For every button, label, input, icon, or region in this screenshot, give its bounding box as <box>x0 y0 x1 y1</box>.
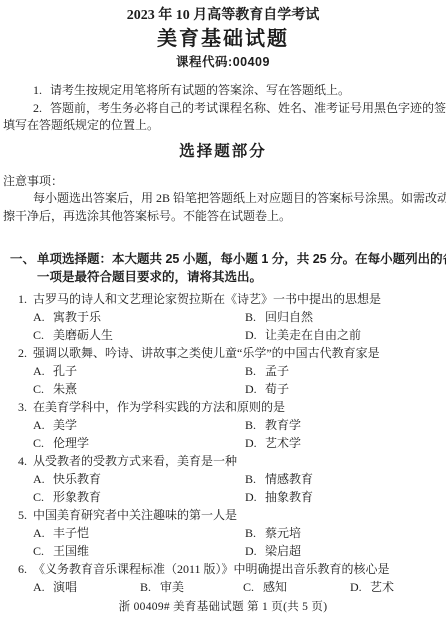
option-a: A.丰子恺 <box>33 524 245 542</box>
option-row: A.快乐教育 B.情感教育 <box>0 470 446 488</box>
option-text: 回归自然 <box>265 310 313 324</box>
option-text: 孔子 <box>53 364 77 378</box>
option-label: B. <box>245 524 265 542</box>
option-b: B.教育学 <box>245 416 446 434</box>
question-number: 2. <box>18 344 27 362</box>
instruction-number: 2. <box>33 100 42 118</box>
question-stem: 1. 古罗马的诗人和文艺理论家贺拉斯在《诗艺》一书中提出的思想是 <box>0 290 446 308</box>
option-text: 孟子 <box>265 364 289 378</box>
option-row: A.演唱 B.审美 C.感知 D.艺术 <box>0 578 446 596</box>
notice-text: 每小题选出答案后，用 2B 铅笔把答题纸上对应题目的答案标号涂黑。如需改动，用橡… <box>0 190 446 208</box>
question-stem: 3. 在美育学科中，作为学科实践的方法和原则的是 <box>0 398 446 416</box>
option-d: D.艺术 <box>350 578 446 596</box>
option-row: C.形象教育 D.抽象教育 <box>0 488 446 506</box>
part-intro-text-continued: 一项是最符合题目要求的，请将其选出。 <box>0 269 446 287</box>
question-4: 4. 从受教者的受教方式来看，美育是一种 A.快乐教育 B.情感教育 C.形象教… <box>0 452 446 506</box>
section-heading: 选择题部分 <box>0 143 446 161</box>
part-number: 一、 <box>10 251 35 269</box>
option-label: C. <box>33 434 53 452</box>
instruction-item: 1. 请考生按规定用笔将所有试题的答案涂、写在答题纸上。 <box>0 82 446 100</box>
paper-title: 美育基础试题 <box>0 27 446 52</box>
option-label: C. <box>243 578 263 596</box>
option-label: D. <box>245 542 265 560</box>
question-stem-text: 从受教者的受教方式来看，美育是一种 <box>33 454 237 468</box>
option-a: A.快乐教育 <box>33 470 245 488</box>
question-stem-text: 在美育学科中，作为学科实践的方法和原则的是 <box>33 400 285 414</box>
exam-session-title: 2023 年 10 月高等教育自学考试 <box>0 6 446 25</box>
option-c: C.美磨砺人生 <box>33 326 245 344</box>
option-c: C.形象教育 <box>33 488 245 506</box>
option-label: A. <box>33 578 53 596</box>
question-stem: 5. 中国美育研究者中关注趣味的第一人是 <box>0 506 446 524</box>
option-a: A.演唱 <box>33 578 140 596</box>
option-label: D. <box>245 488 265 506</box>
option-text: 梁启超 <box>265 544 301 558</box>
question-number: 5. <box>18 506 27 524</box>
part-intro-text: 单项选择题：本大题共 25 小题，每小题 1 分，共 25 分。在每小题列出的备… <box>0 251 446 269</box>
notice-block: 注意事项： 每小题选出答案后，用 2B 铅笔把答题纸上对应题目的答案标号涂黑。如… <box>0 173 446 226</box>
option-label: B. <box>245 470 265 488</box>
option-text: 美磨砺人生 <box>53 328 113 342</box>
option-label: B. <box>245 308 265 326</box>
page-footer: 浙 00409# 美育基础试题 第 1 页(共 5 页) <box>0 600 446 614</box>
notice-text-continued: 擦干净后，再选涂其他答案标号。不能答在试题卷上。 <box>0 208 446 226</box>
option-label: A. <box>33 524 53 542</box>
option-text: 快乐教育 <box>53 472 101 486</box>
option-row: C.朱熹 D.荀子 <box>0 380 446 398</box>
instruction-text: 请考生按规定用笔将所有试题的答案涂、写在答题纸上。 <box>0 82 446 100</box>
question-stem-text: 《义务教育音乐课程标准（2011 版）》中明确提出音乐教育的核心是 <box>33 562 390 576</box>
option-label: D. <box>245 326 265 344</box>
option-label: B. <box>245 416 265 434</box>
question-stem-text: 古罗马的诗人和文艺理论家贺拉斯在《诗艺》一书中提出的思想是 <box>33 292 381 306</box>
option-text: 王国维 <box>53 544 89 558</box>
course-code: 课程代码:00409 <box>0 54 446 70</box>
option-text: 审美 <box>160 580 184 594</box>
option-row: A.美学 B.教育学 <box>0 416 446 434</box>
option-a: A.孔子 <box>33 362 245 380</box>
exam-paper-page: 2023 年 10 月高等教育自学考试 美育基础试题 课程代码:00409 1.… <box>0 0 446 629</box>
option-label: A. <box>33 362 53 380</box>
question-2: 2. 强调以歌舞、吟诗、讲故事之类使儿童“乐学”的中国古代教育家是 A.孔子 B… <box>0 344 446 398</box>
option-d: D.让美走在自由之前 <box>245 326 446 344</box>
option-c: C.感知 <box>243 578 350 596</box>
option-c: C.朱熹 <box>33 380 245 398</box>
option-d: D.抽象教育 <box>245 488 446 506</box>
question-1: 1. 古罗马的诗人和文艺理论家贺拉斯在《诗艺》一书中提出的思想是 A.寓教于乐 … <box>0 290 446 344</box>
option-row: C.伦理学 D.艺术学 <box>0 434 446 452</box>
option-b: B.蔡元培 <box>245 524 446 542</box>
general-instructions: 1. 请考生按规定用笔将所有试题的答案涂、写在答题纸上。 2. 答题前，考生务必… <box>0 82 446 135</box>
option-row: A.丰子恺 B.蔡元培 <box>0 524 446 542</box>
option-text: 丰子恺 <box>53 526 89 540</box>
option-text: 感知 <box>263 580 287 594</box>
option-text: 荀子 <box>265 382 289 396</box>
option-label: C. <box>33 488 53 506</box>
option-a: A.美学 <box>33 416 245 434</box>
question-number: 4. <box>18 452 27 470</box>
option-b: B.审美 <box>140 578 243 596</box>
instruction-text: 答题前，考生务必将自己的考试课程名称、姓名、准考证号用黑色字迹的签字笔或钢笔 <box>0 100 446 118</box>
option-text: 艺术学 <box>265 436 301 450</box>
option-text: 情感教育 <box>265 472 313 486</box>
option-label: B. <box>140 578 160 596</box>
question-6: 6. 《义务教育音乐课程标准（2011 版）》中明确提出音乐教育的核心是 A.演… <box>0 560 446 596</box>
option-label: C. <box>33 326 53 344</box>
option-label: D. <box>350 578 370 596</box>
option-text: 蔡元培 <box>265 526 301 540</box>
option-label: D. <box>245 434 265 452</box>
option-text: 伦理学 <box>53 436 89 450</box>
question-stem: 4. 从受教者的受教方式来看，美育是一种 <box>0 452 446 470</box>
question-5: 5. 中国美育研究者中关注趣味的第一人是 A.丰子恺 B.蔡元培 C.王国维 D… <box>0 506 446 560</box>
option-row: C.美磨砺人生 D.让美走在自由之前 <box>0 326 446 344</box>
option-row: A.孔子 B.孟子 <box>0 362 446 380</box>
option-b: B.孟子 <box>245 362 446 380</box>
option-b: B.回归自然 <box>245 308 446 326</box>
question-number: 3. <box>18 398 27 416</box>
question-stem: 2. 强调以歌舞、吟诗、讲故事之类使儿童“乐学”的中国古代教育家是 <box>0 344 446 362</box>
instruction-item: 2. 答题前，考生务必将自己的考试课程名称、姓名、准考证号用黑色字迹的签字笔或钢… <box>0 100 446 135</box>
option-label: C. <box>33 542 53 560</box>
option-text: 让美走在自由之前 <box>265 328 361 342</box>
option-text: 朱熹 <box>53 382 77 396</box>
option-a: A.寓教于乐 <box>33 308 245 326</box>
option-label: C. <box>33 380 53 398</box>
question-number: 1. <box>18 290 27 308</box>
option-text: 演唱 <box>53 580 77 594</box>
question-number: 6. <box>18 560 27 578</box>
option-c: C.伦理学 <box>33 434 245 452</box>
option-row: A.寓教于乐 B.回归自然 <box>0 308 446 326</box>
option-text: 艺术 <box>370 580 394 594</box>
option-text: 形象教育 <box>53 490 101 504</box>
instruction-text-continued: 填写在答题纸规定的位置上。 <box>0 117 446 135</box>
option-text: 美学 <box>53 418 77 432</box>
option-b: B.情感教育 <box>245 470 446 488</box>
option-text: 教育学 <box>265 418 301 432</box>
option-d: D.艺术学 <box>245 434 446 452</box>
question-stem-text: 中国美育研究者中关注趣味的第一人是 <box>33 508 237 522</box>
instruction-number: 1. <box>33 82 42 100</box>
option-label: A. <box>33 416 53 434</box>
option-text: 寓教于乐 <box>53 310 101 324</box>
option-c: C.王国维 <box>33 542 245 560</box>
question-stem-text: 强调以歌舞、吟诗、讲故事之类使儿童“乐学”的中国古代教育家是 <box>33 346 380 360</box>
question-3: 3. 在美育学科中，作为学科实践的方法和原则的是 A.美学 B.教育学 C.伦理… <box>0 398 446 452</box>
part-one-intro: 一、 单项选择题：本大题共 25 小题，每小题 1 分，共 25 分。在每小题列… <box>0 251 446 286</box>
option-d: D.荀子 <box>245 380 446 398</box>
option-label: A. <box>33 308 53 326</box>
question-stem: 6. 《义务教育音乐课程标准（2011 版）》中明确提出音乐教育的核心是 <box>0 560 446 578</box>
option-row: C.王国维 D.梁启超 <box>0 542 446 560</box>
option-label: B. <box>245 362 265 380</box>
option-d: D.梁启超 <box>245 542 446 560</box>
option-text: 抽象教育 <box>265 490 313 504</box>
option-label: A. <box>33 470 53 488</box>
option-label: D. <box>245 380 265 398</box>
notice-title: 注意事项： <box>0 173 446 191</box>
question-list: 1. 古罗马的诗人和文艺理论家贺拉斯在《诗艺》一书中提出的思想是 A.寓教于乐 … <box>0 290 446 596</box>
